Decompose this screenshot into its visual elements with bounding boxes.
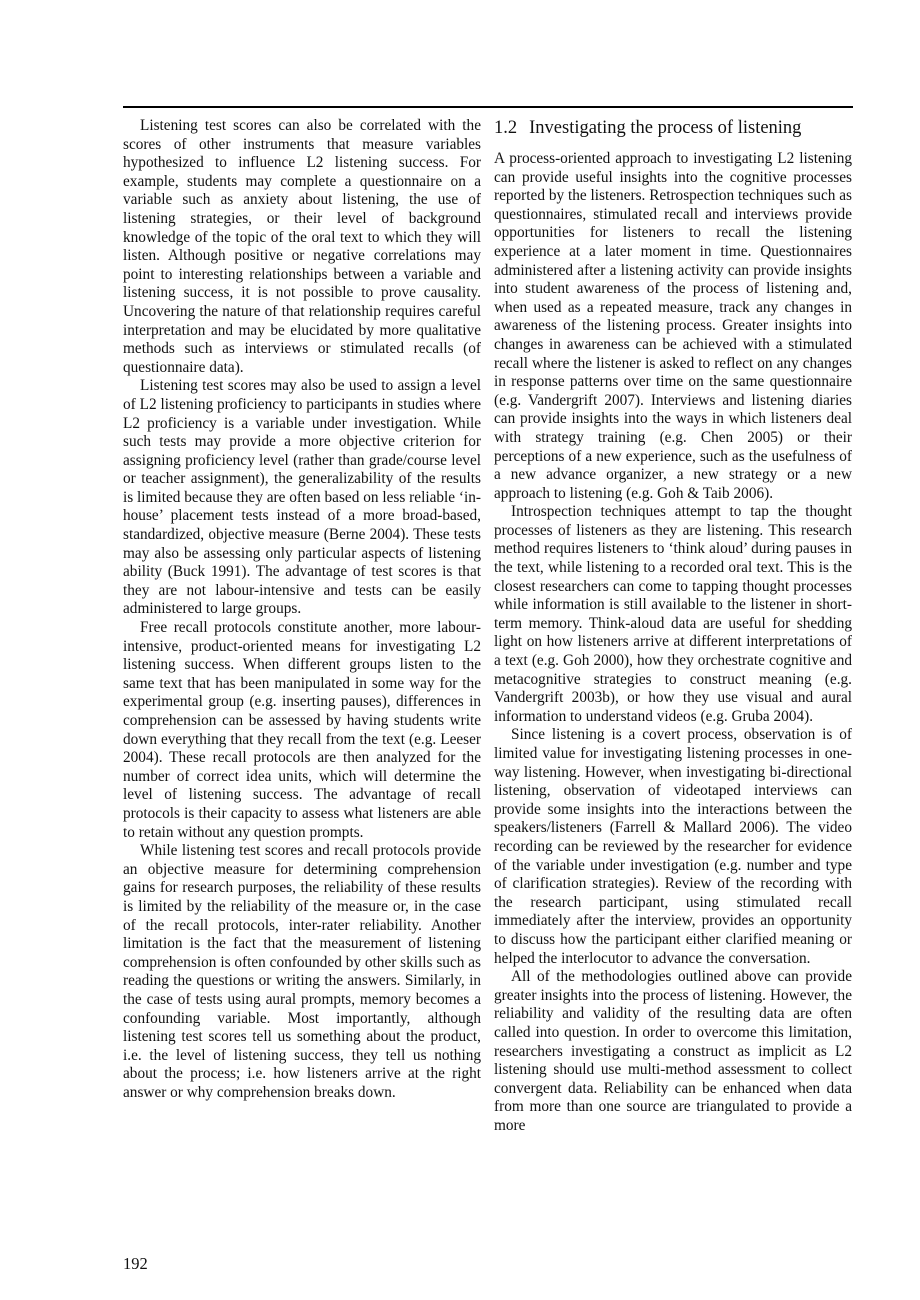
paragraph: Since listening is a covert process, obs… — [494, 726, 852, 968]
book-page: Listening test scores can also be correl… — [0, 0, 920, 1300]
paragraph: Free recall protocols constitute another… — [123, 619, 481, 842]
paragraph: A process-oriented approach to investiga… — [494, 150, 852, 503]
two-column-layout: Listening test scores can also be correl… — [123, 117, 853, 1135]
section-heading: 1.2Investigating the process of listenin… — [494, 117, 852, 139]
paragraph: While listening test scores and recall p… — [123, 842, 481, 1102]
paragraph: Introspection techniques attempt to tap … — [494, 503, 852, 726]
section-title: Investigating the process of listening — [529, 118, 801, 138]
paragraph: Listening test scores may also be used t… — [123, 377, 481, 619]
right-column: 1.2Investigating the process of listenin… — [494, 117, 852, 1135]
page-number: 192 — [123, 1254, 148, 1274]
page-content: Listening test scores can also be correl… — [123, 106, 853, 1135]
section-number: 1.2 — [494, 118, 517, 138]
paragraph: Listening test scores can also be correl… — [123, 117, 481, 377]
left-column: Listening test scores can also be correl… — [123, 117, 481, 1135]
paragraph: All of the methodologies outlined above … — [494, 968, 852, 1135]
